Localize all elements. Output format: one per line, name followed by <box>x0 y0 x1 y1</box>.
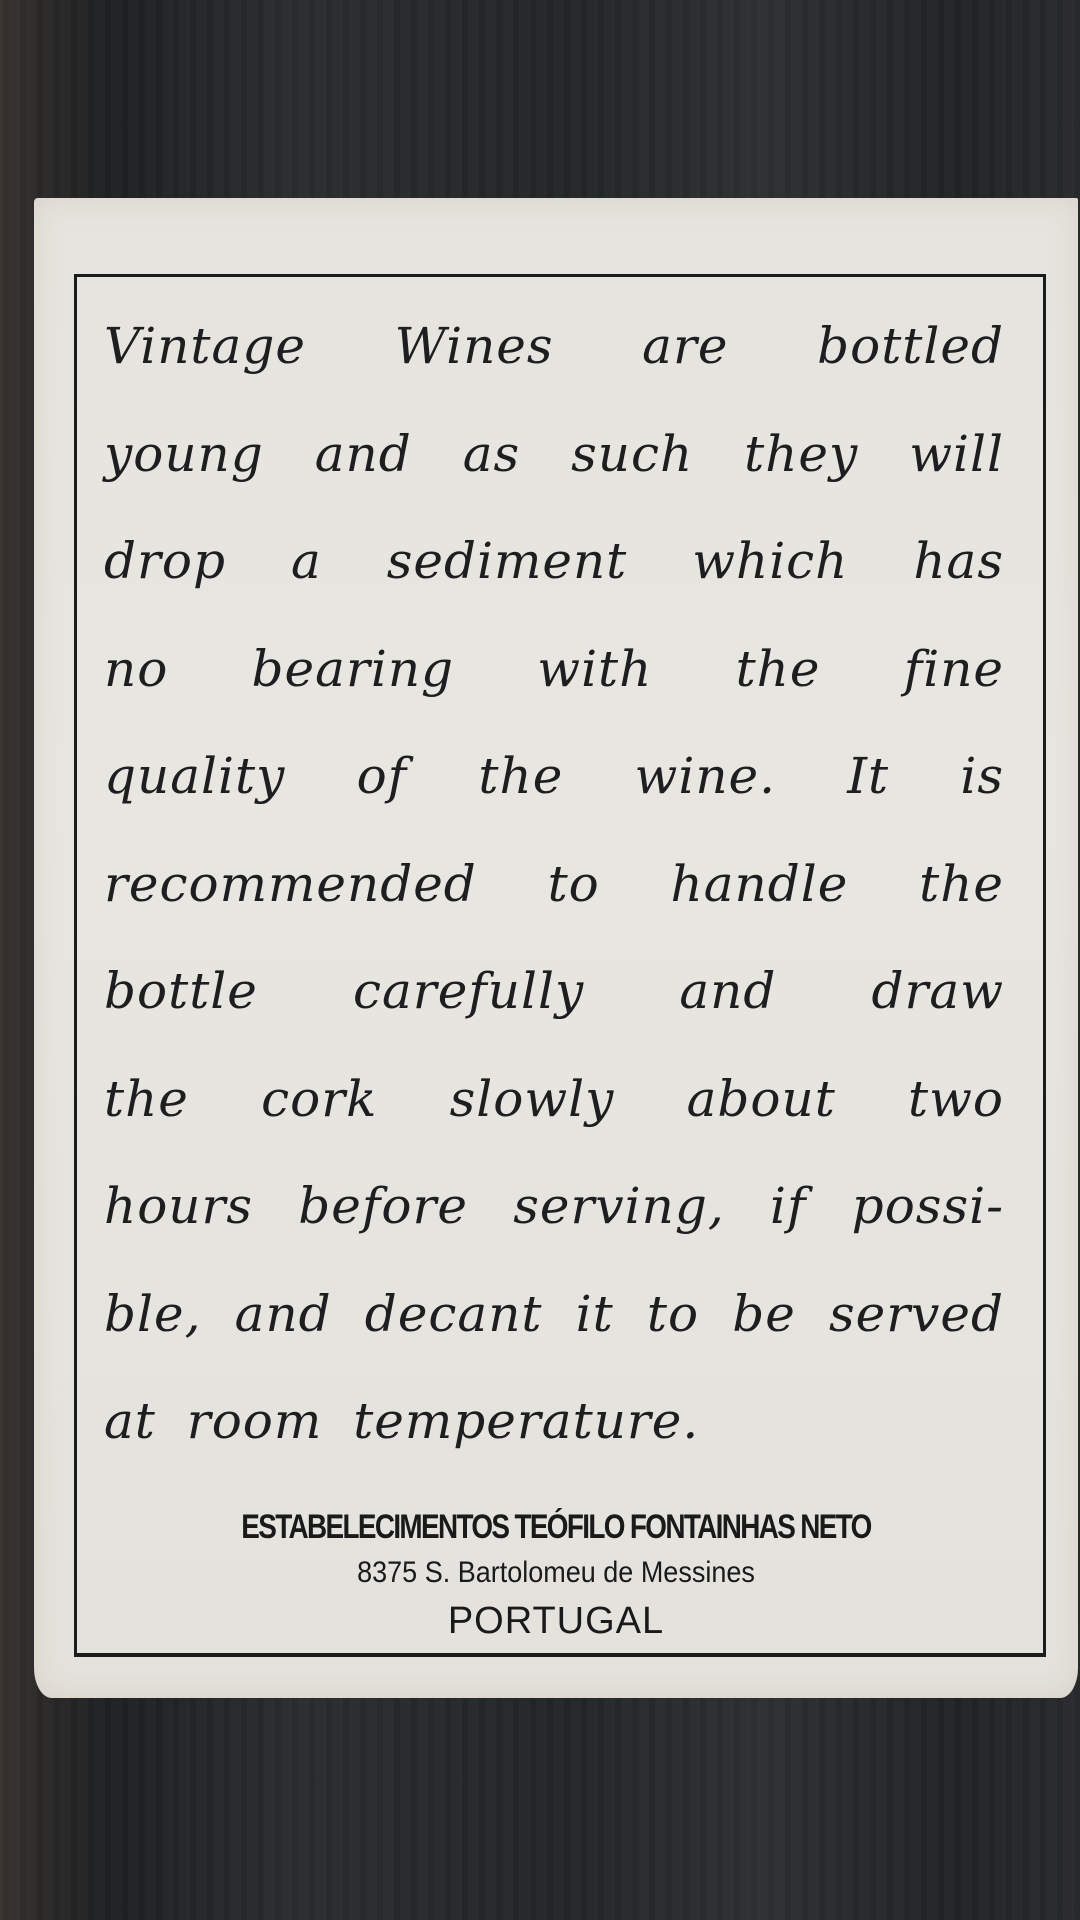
script-line: hours before serving, if possi- <box>104 1153 1004 1261</box>
back-label: Vintage Wines are bottled young and as s… <box>34 198 1078 1698</box>
script-line: Vintage Wines are bottled <box>104 293 1004 401</box>
company-address: 8375 S. Bartolomeu de Messines <box>86 1556 1026 1590</box>
script-line: at room temperature. <box>104 1368 1004 1476</box>
script-line: no bearing with the fine <box>104 616 1004 724</box>
script-line: ble, and decant it to be served <box>104 1261 1004 1369</box>
company-name: ESTABELECIMENTOS TEÓFILO FONTAINHAS NETO <box>128 1508 984 1547</box>
country: PORTUGAL <box>34 1600 1078 1643</box>
label-script-text: Vintage Wines are bottled young and as s… <box>104 293 1004 1476</box>
script-line: the cork slowly about two <box>104 1046 1004 1154</box>
script-line: bottle carefully and draw <box>104 938 1004 1046</box>
script-line: quality of the wine. It is <box>104 723 1004 831</box>
script-line: young and as such they will <box>104 401 1004 509</box>
script-line: recommended to handle the <box>104 831 1004 939</box>
script-line: drop a sediment which has <box>104 508 1004 616</box>
